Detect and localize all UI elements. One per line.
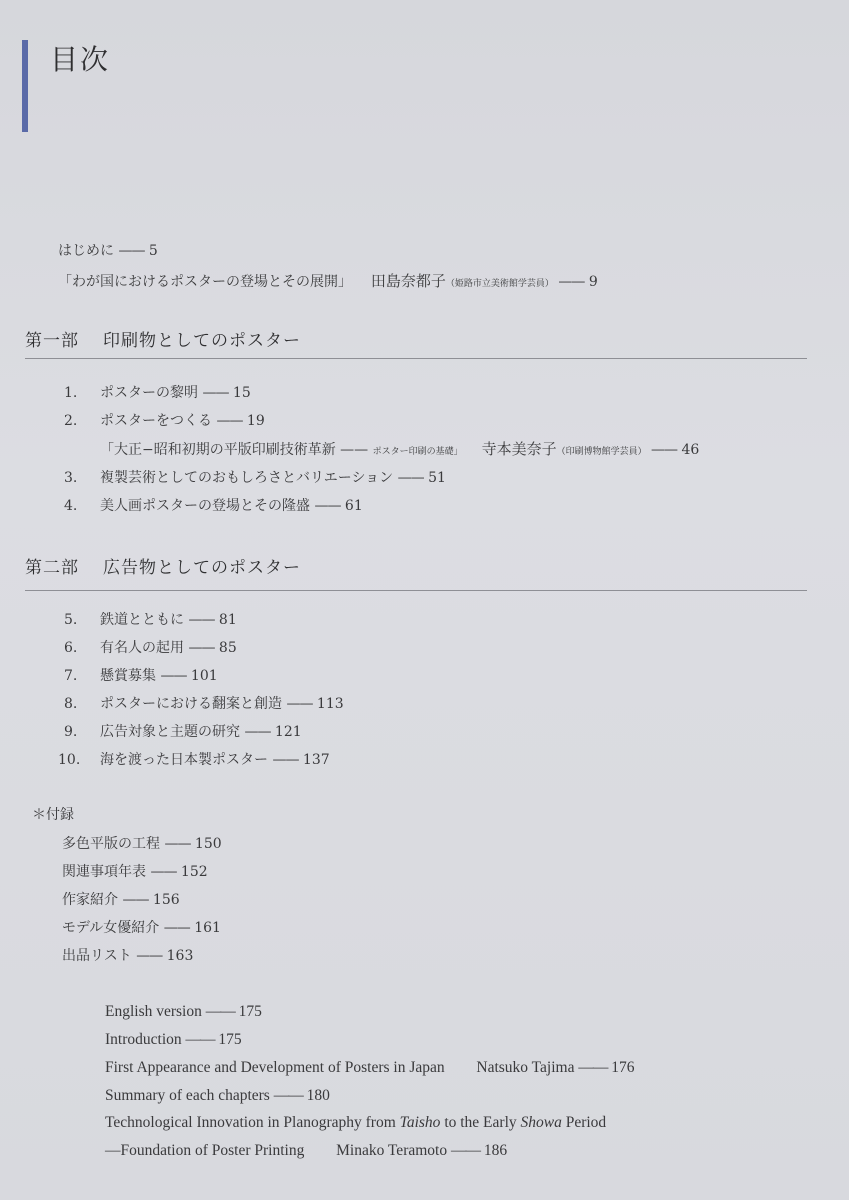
page-number: 137 (303, 752, 330, 768)
entry-title: 関連事項年表 (62, 864, 146, 880)
chapter-number: 5. (64, 610, 100, 630)
entry-title: 「大正−昭和初期の平版印刷技術革新 —— (100, 442, 368, 458)
toc-entry-intro[interactable]: はじめに —— 5 (58, 241, 158, 261)
toc-entry-essay-tajima[interactable]: 「わが国におけるポスターの登場とその展開」 田島奈都子（姫路市立美術館学芸員） … (58, 271, 598, 294)
part-2-heading: 第二部広告物としてのポスター (25, 553, 301, 578)
entry-title: 広告対象と主題の研究 (100, 724, 240, 740)
page-number: 156 (153, 892, 180, 908)
entry-title: 海を渡った日本製ポスター (100, 752, 268, 768)
chapter-number: 10. (58, 750, 100, 770)
part-title: 広告物としてのポスター (103, 558, 301, 578)
toc-entry-2[interactable]: 2.ポスターをつくる —— 19 (64, 411, 265, 431)
entry-title: 懸賞募集 (100, 668, 156, 684)
entry-title: 美人画ポスターの登場とその隆盛 (100, 498, 310, 514)
page-number: 61 (345, 498, 363, 514)
english-entry[interactable]: Summary of each chapters —— 180 (105, 1086, 330, 1106)
page-number: 163 (167, 948, 194, 964)
leader-dash: —— (136, 948, 162, 964)
english-entry[interactable]: First Appearance and Development of Post… (105, 1058, 634, 1078)
entry-title: 出品リスト (62, 948, 132, 964)
page-number: 101 (191, 668, 218, 684)
leader-dash: —— (398, 470, 424, 486)
page-number: 19 (247, 413, 265, 429)
entry-title: ポスターの黎明 (100, 385, 198, 401)
entry-title: English version (105, 1003, 202, 1020)
appendix-entry[interactable]: モデル女優紹介 —— 161 (62, 918, 221, 938)
chapter-number: 1. (64, 383, 100, 403)
leader-dash: —— (160, 668, 186, 684)
entry-subtitle: ポスター印刷の基礎」 (373, 447, 463, 457)
page-number: 15 (233, 385, 251, 401)
entry-title: 多色平版の工程 (62, 836, 160, 852)
entry-title: Summary of each chapters (105, 1087, 270, 1104)
author-affiliation: （姫路市立美術館学芸員） (446, 279, 554, 289)
part-label: 第二部 (25, 558, 79, 578)
page-number: 150 (195, 836, 222, 852)
entry-title: 作家紹介 (62, 892, 118, 908)
english-entry[interactable]: Introduction —— 175 (105, 1030, 242, 1050)
leader-dash: —— (122, 892, 148, 908)
toc-entry-7[interactable]: 7.懸賞募集 —— 101 (64, 666, 218, 686)
entry-title: 複製芸術としてのおもしろさとバリエーション (100, 470, 393, 486)
english-entry-title-line[interactable]: Technological Innovation in Planography … (105, 1113, 606, 1133)
entry-title: Introduction (105, 1031, 182, 1048)
page-title: 目次 (50, 38, 110, 78)
entry-title-part: Technological Innovation in Planography … (105, 1114, 400, 1131)
author-name: 田島奈都子 (371, 272, 446, 290)
page-number: 9 (589, 274, 598, 290)
page-number: 51 (428, 470, 446, 486)
chapter-number: 8. (64, 694, 100, 714)
page-number: 113 (317, 696, 344, 712)
toc-entry-6[interactable]: 6.有名人の起用 —— 85 (64, 638, 237, 658)
page-number: 186 (484, 1142, 507, 1159)
entry-title: 有名人の起用 (100, 640, 184, 656)
accent-bar (22, 40, 28, 132)
appendix-heading: ＊付録 (32, 805, 74, 825)
toc-entry-5[interactable]: 5.鉄道とともに —— 81 (64, 610, 237, 630)
toc-entry-essay-teramoto[interactable]: 「大正−昭和初期の平版印刷技術革新 —— ポスター印刷の基礎」 寺本美奈子（印刷… (100, 439, 699, 462)
toc-entry-4[interactable]: 4.美人画ポスターの登場とその隆盛 —— 61 (64, 496, 363, 516)
english-entry-subtitle-line[interactable]: —Foundation of Poster Printing Minako Te… (105, 1141, 507, 1161)
entry-title-italic: Taisho (400, 1114, 441, 1131)
entry-title: ポスターをつくる (100, 413, 212, 429)
leader-dash: —— (164, 836, 190, 852)
entry-subtitle: —Foundation of Poster Printing (105, 1142, 304, 1159)
leader-dash: —— (118, 243, 144, 259)
toc-entry-10[interactable]: 10.海を渡った日本製ポスター —— 137 (58, 750, 330, 770)
leader-dash: —— (558, 274, 584, 290)
entry-title: ポスターにおける翻案と創造 (100, 696, 282, 712)
leader-dash: —— (202, 385, 228, 401)
toc-page: 目次 はじめに —— 5 「わが国におけるポスターの登場とその展開」 田島奈都子… (0, 0, 849, 1200)
page-number: 81 (219, 612, 237, 628)
leader-dash: —— (451, 1142, 480, 1159)
page-number: 5 (149, 243, 158, 259)
leader-dash: —— (188, 612, 214, 628)
page-number: 180 (307, 1087, 330, 1104)
entry-title-italic: Showa (521, 1114, 562, 1131)
leader-dash: —— (578, 1059, 607, 1076)
leader-dash: —— (272, 752, 298, 768)
leader-dash: —— (274, 1087, 303, 1104)
page-number: 161 (194, 920, 221, 936)
appendix-entry[interactable]: 作家紹介 —— 156 (62, 890, 180, 910)
entry-title: 「わが国におけるポスターの登場とその展開」 (58, 274, 352, 290)
author-affiliation: （印刷博物館学芸員） (557, 447, 647, 457)
page-number: 175 (239, 1003, 262, 1020)
entry-title-part: Period (562, 1114, 606, 1131)
toc-entry-9[interactable]: 9.広告対象と主題の研究 —— 121 (64, 722, 302, 742)
chapter-number: 7. (64, 666, 100, 686)
leader-dash: —— (150, 864, 176, 880)
chapter-number: 9. (64, 722, 100, 742)
divider (25, 590, 807, 591)
divider (25, 358, 807, 359)
leader-dash: —— (188, 640, 214, 656)
page-number: 152 (181, 864, 208, 880)
leader-dash: —— (651, 442, 677, 458)
appendix-entry[interactable]: 多色平版の工程 —— 150 (62, 834, 222, 854)
page-number: 121 (275, 724, 302, 740)
entry-title: First Appearance and Development of Post… (105, 1059, 445, 1076)
chapter-number: 4. (64, 496, 100, 516)
part-label: 第一部 (25, 331, 79, 351)
leader-dash: —— (244, 724, 270, 740)
leader-dash: —— (164, 920, 190, 936)
part-title: 印刷物としてのポスター (103, 331, 301, 351)
toc-entry-3[interactable]: 3.複製芸術としてのおもしろさとバリエーション —— 51 (64, 468, 446, 488)
author-name: 寺本美奈子 (482, 440, 557, 458)
author-name: Natsuko Tajima (476, 1059, 574, 1076)
appendix-entry[interactable]: 関連事項年表 —— 152 (62, 862, 208, 882)
chapter-number: 6. (64, 638, 100, 658)
entry-title-part: to the Early (440, 1114, 520, 1131)
toc-entry-8[interactable]: 8.ポスターにおける翻案と創造 —— 113 (64, 694, 344, 714)
leader-dash: —— (314, 498, 340, 514)
appendix-entry[interactable]: 出品リスト —— 163 (62, 946, 193, 966)
page-number: 175 (218, 1031, 241, 1048)
page-number: 46 (682, 442, 700, 458)
leader-dash: —— (186, 1031, 215, 1048)
part-1-heading: 第一部印刷物としてのポスター (25, 326, 301, 351)
chapter-number: 3. (64, 468, 100, 488)
entry-title: はじめに (58, 243, 114, 259)
page-number: 85 (219, 640, 237, 656)
leader-dash: —— (216, 413, 242, 429)
author-name: Minako Teramoto (336, 1142, 447, 1159)
page-number: 176 (611, 1059, 634, 1076)
entry-title: モデル女優紹介 (62, 920, 159, 936)
toc-entry-1[interactable]: 1.ポスターの黎明 —— 15 (64, 383, 251, 403)
leader-dash: —— (206, 1003, 235, 1020)
english-entry[interactable]: English version —— 175 (105, 1002, 262, 1022)
entry-title: 鉄道とともに (100, 612, 184, 628)
leader-dash: —— (286, 696, 312, 712)
chapter-number: 2. (64, 411, 100, 431)
